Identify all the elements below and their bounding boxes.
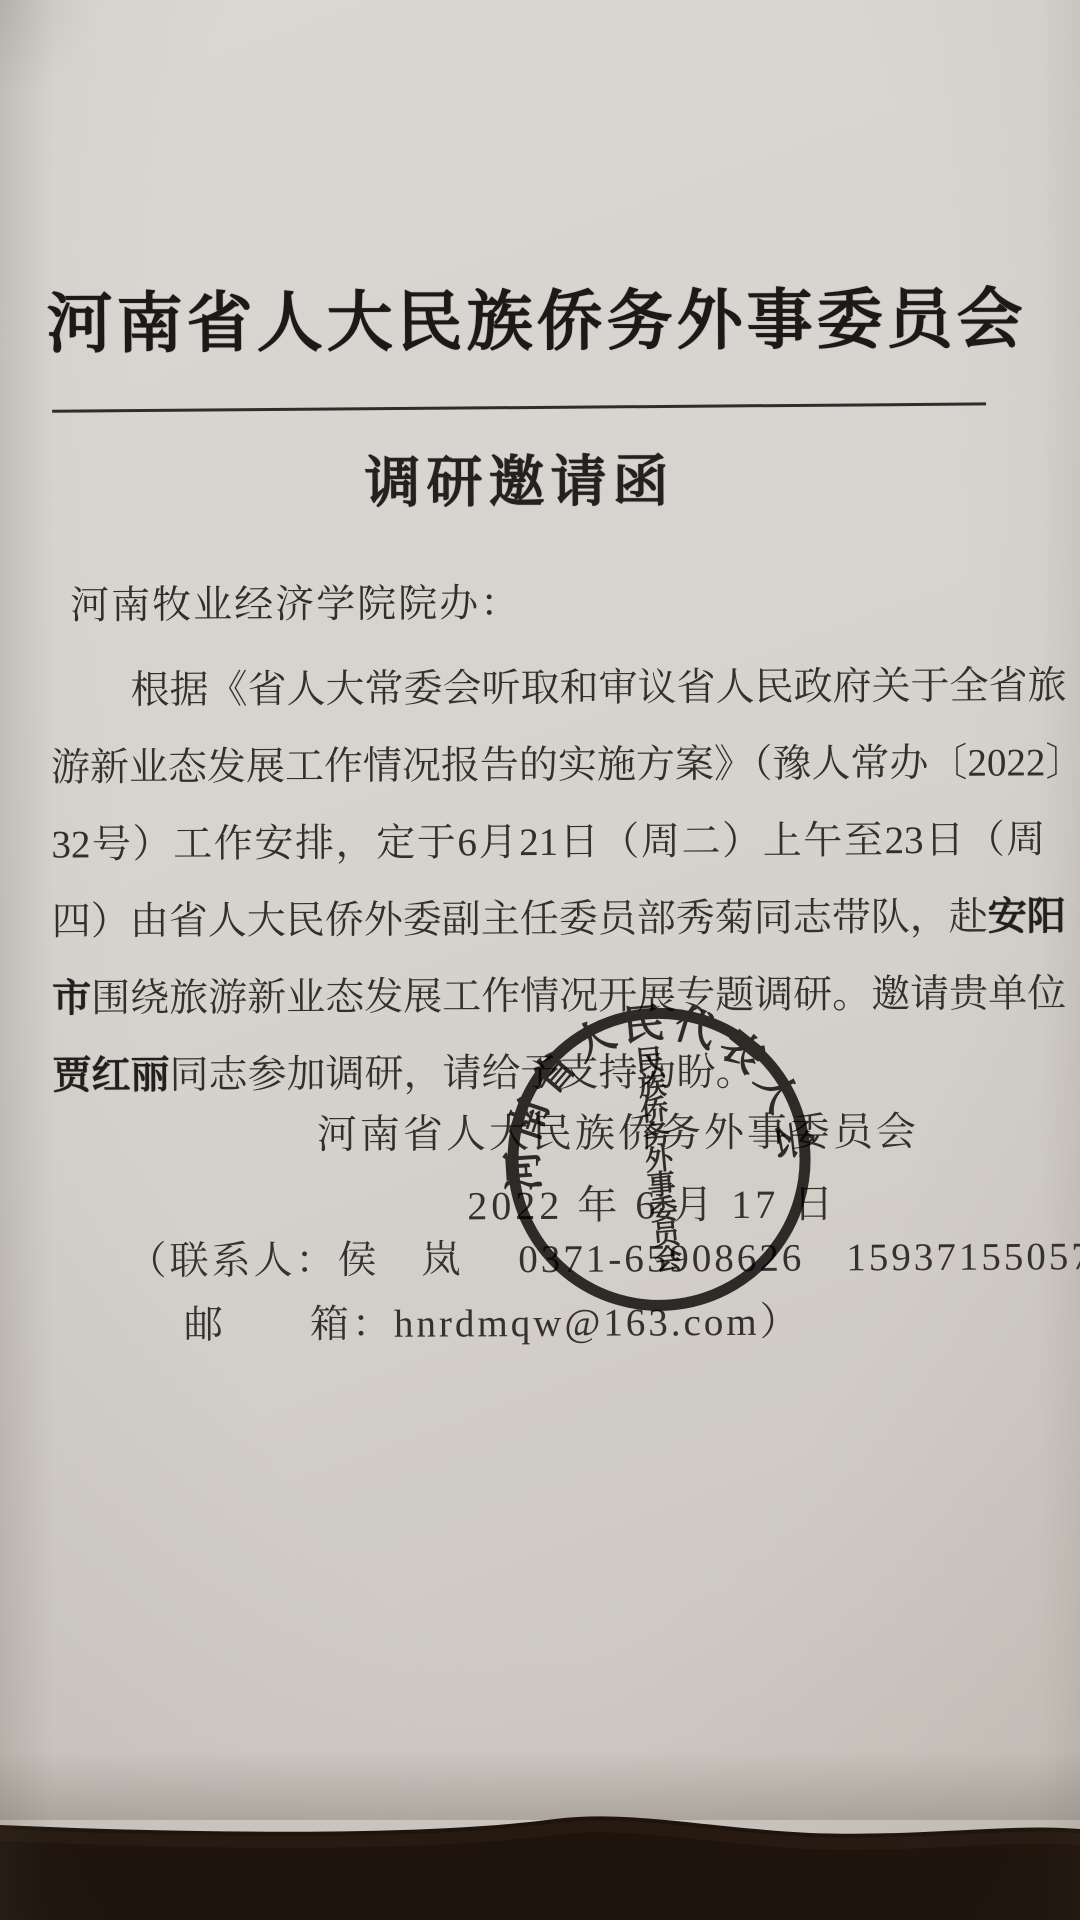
- body-text: 根据《省人大常委会听取和审议省人民政府关于全省旅: [130, 664, 1066, 712]
- body-line: 四）由省人大民侨外委副主任委员部秀菊同志带队，赴安阳: [52, 878, 1046, 960]
- body-text-bold: 安阳: [988, 895, 1066, 938]
- letterhead-divider: [52, 402, 986, 412]
- letterhead-org-title: 河南省人大民族侨务外事委员会: [46, 266, 986, 366]
- body-text: 游新业态发展工作情况报告的实施方案》（豫人常办〔2022〕: [51, 741, 1080, 789]
- stamp-center-text: 民族侨务外事委员会: [634, 1043, 685, 1277]
- body-line: 游新业态发展工作情况报告的实施方案》（豫人常办〔2022〕: [51, 724, 1045, 806]
- body-text-bold: 贾红丽: [52, 1054, 169, 1098]
- body-line: 32号）工作安排，定于6月21日（周二）上午至23日（周: [51, 801, 1045, 883]
- salutation-line: 河南牧业经济学院院办：: [70, 572, 521, 630]
- letter-title: 调研邀请函: [52, 436, 986, 521]
- desk-surface: [0, 1805, 1080, 1920]
- body-text: 四）由省人大民侨外委副主任委员部秀菊同志带队，赴: [52, 896, 988, 944]
- body-line: 根据《省人大常委会听取和审议省人民政府关于全省旅: [50, 647, 1044, 729]
- body-text: 32号）工作安排，定于6月21日（周二）上午至23日（周: [51, 818, 1045, 866]
- official-seal-stamp: 河南省人民代表大会 民族侨务外事委员会: [485, 985, 833, 1333]
- paper-sheet: 河南省人大民族侨务外事委员会 调研邀请函 河南牧业经济学院院办： 根据《省人大常…: [0, 0, 1080, 1920]
- body-text-bold: 市: [52, 977, 91, 1020]
- photographed-invitation-letter: 河南省人大民族侨务外事委员会 调研邀请函 河南牧业经济学院院办： 根据《省人大常…: [0, 0, 1080, 1920]
